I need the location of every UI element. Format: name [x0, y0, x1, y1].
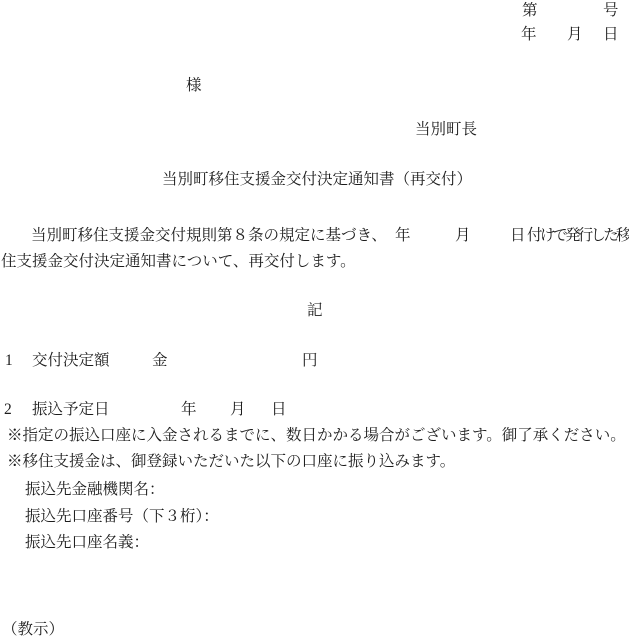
- transfer-month-label: 月: [230, 401, 246, 418]
- transfer-year-label: 年: [181, 401, 197, 418]
- document-page: 第 号 年 月 日 様 当別町長 当別町移住支援金交付決定通知書（再交付） 当別…: [0, 0, 629, 644]
- item1-number: 1: [5, 352, 13, 369]
- item2-number: 2: [4, 401, 12, 418]
- issue-date-year-label: 年: [395, 227, 411, 244]
- body-line2: 住支援金交付決定通知書について、再交付します。: [1, 253, 356, 270]
- addressee-honorific: 様: [186, 77, 202, 94]
- note-registered-account: ※移住支援金は、御登録いただいた以下の口座に振り込みます。: [7, 453, 455, 470]
- account-holder-field: 振込先口座名義：: [25, 534, 149, 551]
- body-intro: 当別町移住支援金交付規則第８条の規定に基づき、: [31, 227, 387, 244]
- issue-date-month-label: 月: [455, 227, 471, 244]
- item1-amount-suffix: 円: [302, 352, 318, 369]
- transfer-day-label: 日: [271, 401, 287, 418]
- account-number-field: 振込先口座番号（下３桁）：: [25, 508, 219, 525]
- doc-number-prefix: 第: [522, 2, 538, 19]
- bank-name-field: 振込先金融機関名：: [25, 481, 165, 498]
- header-date-year-label: 年: [521, 26, 537, 43]
- footer-kyoji-note: （教示）: [2, 621, 64, 638]
- item1-label: 交付決定額: [32, 352, 110, 369]
- header-date-month-label: 月: [567, 26, 583, 43]
- item1-amount-prefix: 金: [152, 352, 168, 369]
- issue-date-day-label: 日: [510, 227, 526, 244]
- header-date-day-label: 日: [603, 26, 619, 43]
- document-title: 当別町移住支援金交付決定通知書（再交付）: [162, 171, 472, 188]
- ki-marker: 記: [307, 302, 323, 319]
- body-after-date: 付けで発行した移: [527, 227, 629, 244]
- note-transfer-delay: ※指定の振込口座に入金されるまでに、数日かかる場合がございます。御了承ください。: [7, 427, 626, 444]
- item2-label: 振込予定日: [32, 401, 110, 418]
- doc-number-suffix: 号: [603, 2, 619, 19]
- sender-name: 当別町長: [415, 121, 477, 138]
